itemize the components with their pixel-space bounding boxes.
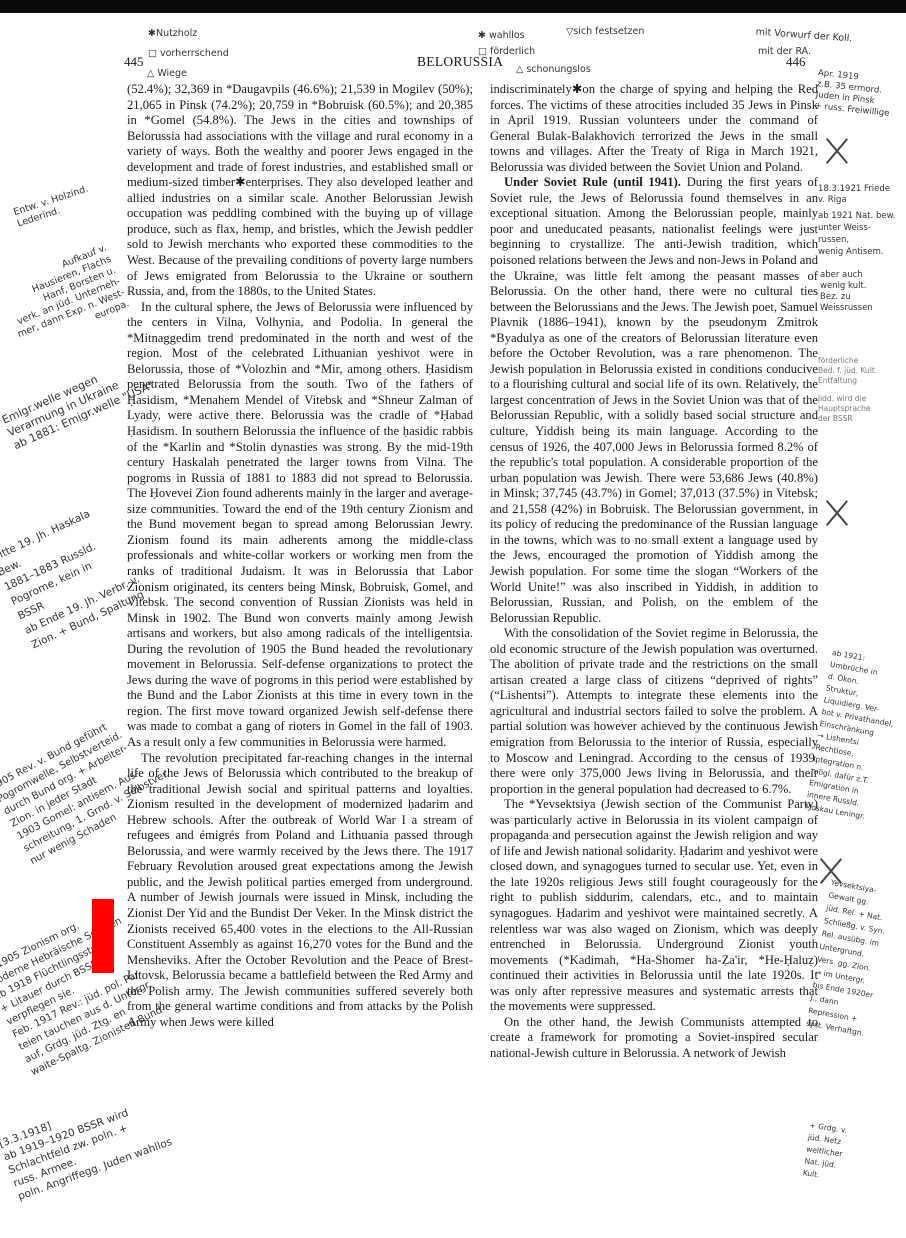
annotation-top-center: ▽sich festsetzen bbox=[566, 14, 644, 38]
cross-mark-icon bbox=[824, 500, 850, 526]
right-text-column: indiscriminately✱on the charge of spying… bbox=[490, 82, 818, 1061]
paragraph: The *Yevsektsiya (Jewish section of the … bbox=[490, 797, 818, 1015]
margin-note-right: + Grdg. v. jüd. Netz weltlicher Nat. jüd… bbox=[802, 1120, 848, 1185]
section-heading: Under Soviet Rule (until 1941). bbox=[504, 175, 681, 189]
left-page-number: 445 bbox=[124, 54, 144, 70]
margin-note-right: Yevsektsiya- Gewalt gg. jüd. Rel. + Nat.… bbox=[805, 876, 893, 1040]
right-page-number: 446 bbox=[786, 54, 806, 70]
paragraph: (52.4%); 32,369 in *Daugavpils (46.6%); … bbox=[127, 82, 473, 300]
paragraph: indiscriminately✱on the charge of spying… bbox=[490, 82, 818, 175]
margin-note-right: 18.3.1921 Friede v. Riga bbox=[818, 184, 890, 206]
margin-note-left: Aufkauf v. Hausieren, Flachs Hanf, Borst… bbox=[0, 243, 131, 354]
paragraph: The revolution precipitated far-reaching… bbox=[127, 751, 473, 1031]
paragraph: On the other hand, the Jewish Communists… bbox=[490, 1015, 818, 1062]
scan-edge-bar bbox=[0, 0, 906, 13]
left-text-column: (52.4%); 32,369 in *Daugavpils (46.6%); … bbox=[127, 82, 473, 1030]
paragraph: With the consolidation of the Soviet reg… bbox=[490, 626, 818, 797]
cross-mark-icon bbox=[824, 138, 850, 164]
margin-note-right: ab 1921: Umbrüche in d. Ökon. Struktur, … bbox=[804, 647, 905, 825]
margin-note-right: förderliche Bed. f. jüd. Kult. Entfaltun… bbox=[818, 356, 877, 386]
annotation-top-left: △ Wiege bbox=[147, 56, 187, 80]
margin-note-left: [3.3.1918] ab 1919–1920 BSSR wird Schlac… bbox=[0, 1082, 174, 1204]
paragraph: In the cultural sphere, the Jews of Belo… bbox=[127, 300, 473, 751]
red-redaction-block bbox=[92, 899, 114, 973]
margin-note-right: ab 1921 Nat. bew. unter Weiss- russen, w… bbox=[818, 210, 895, 258]
margin-note-right: Apr. 1919 z.B. 35 ermord. Juden in Pinsk… bbox=[814, 68, 893, 120]
annotation-top-center: △ schonungslos bbox=[516, 52, 591, 76]
margin-note-right: jidd. wird die Hauptsprache der BSSR bbox=[818, 394, 871, 424]
section-paragraph: Under Soviet Rule (until 1941). During t… bbox=[490, 175, 818, 626]
page-title: BELORUSSIA bbox=[417, 54, 503, 70]
margin-note-right: aber auch wenig kult. Bez. zu Weissrusse… bbox=[820, 270, 906, 314]
margin-note-left: Entw. v. Holzind. Lederind. bbox=[12, 184, 94, 231]
